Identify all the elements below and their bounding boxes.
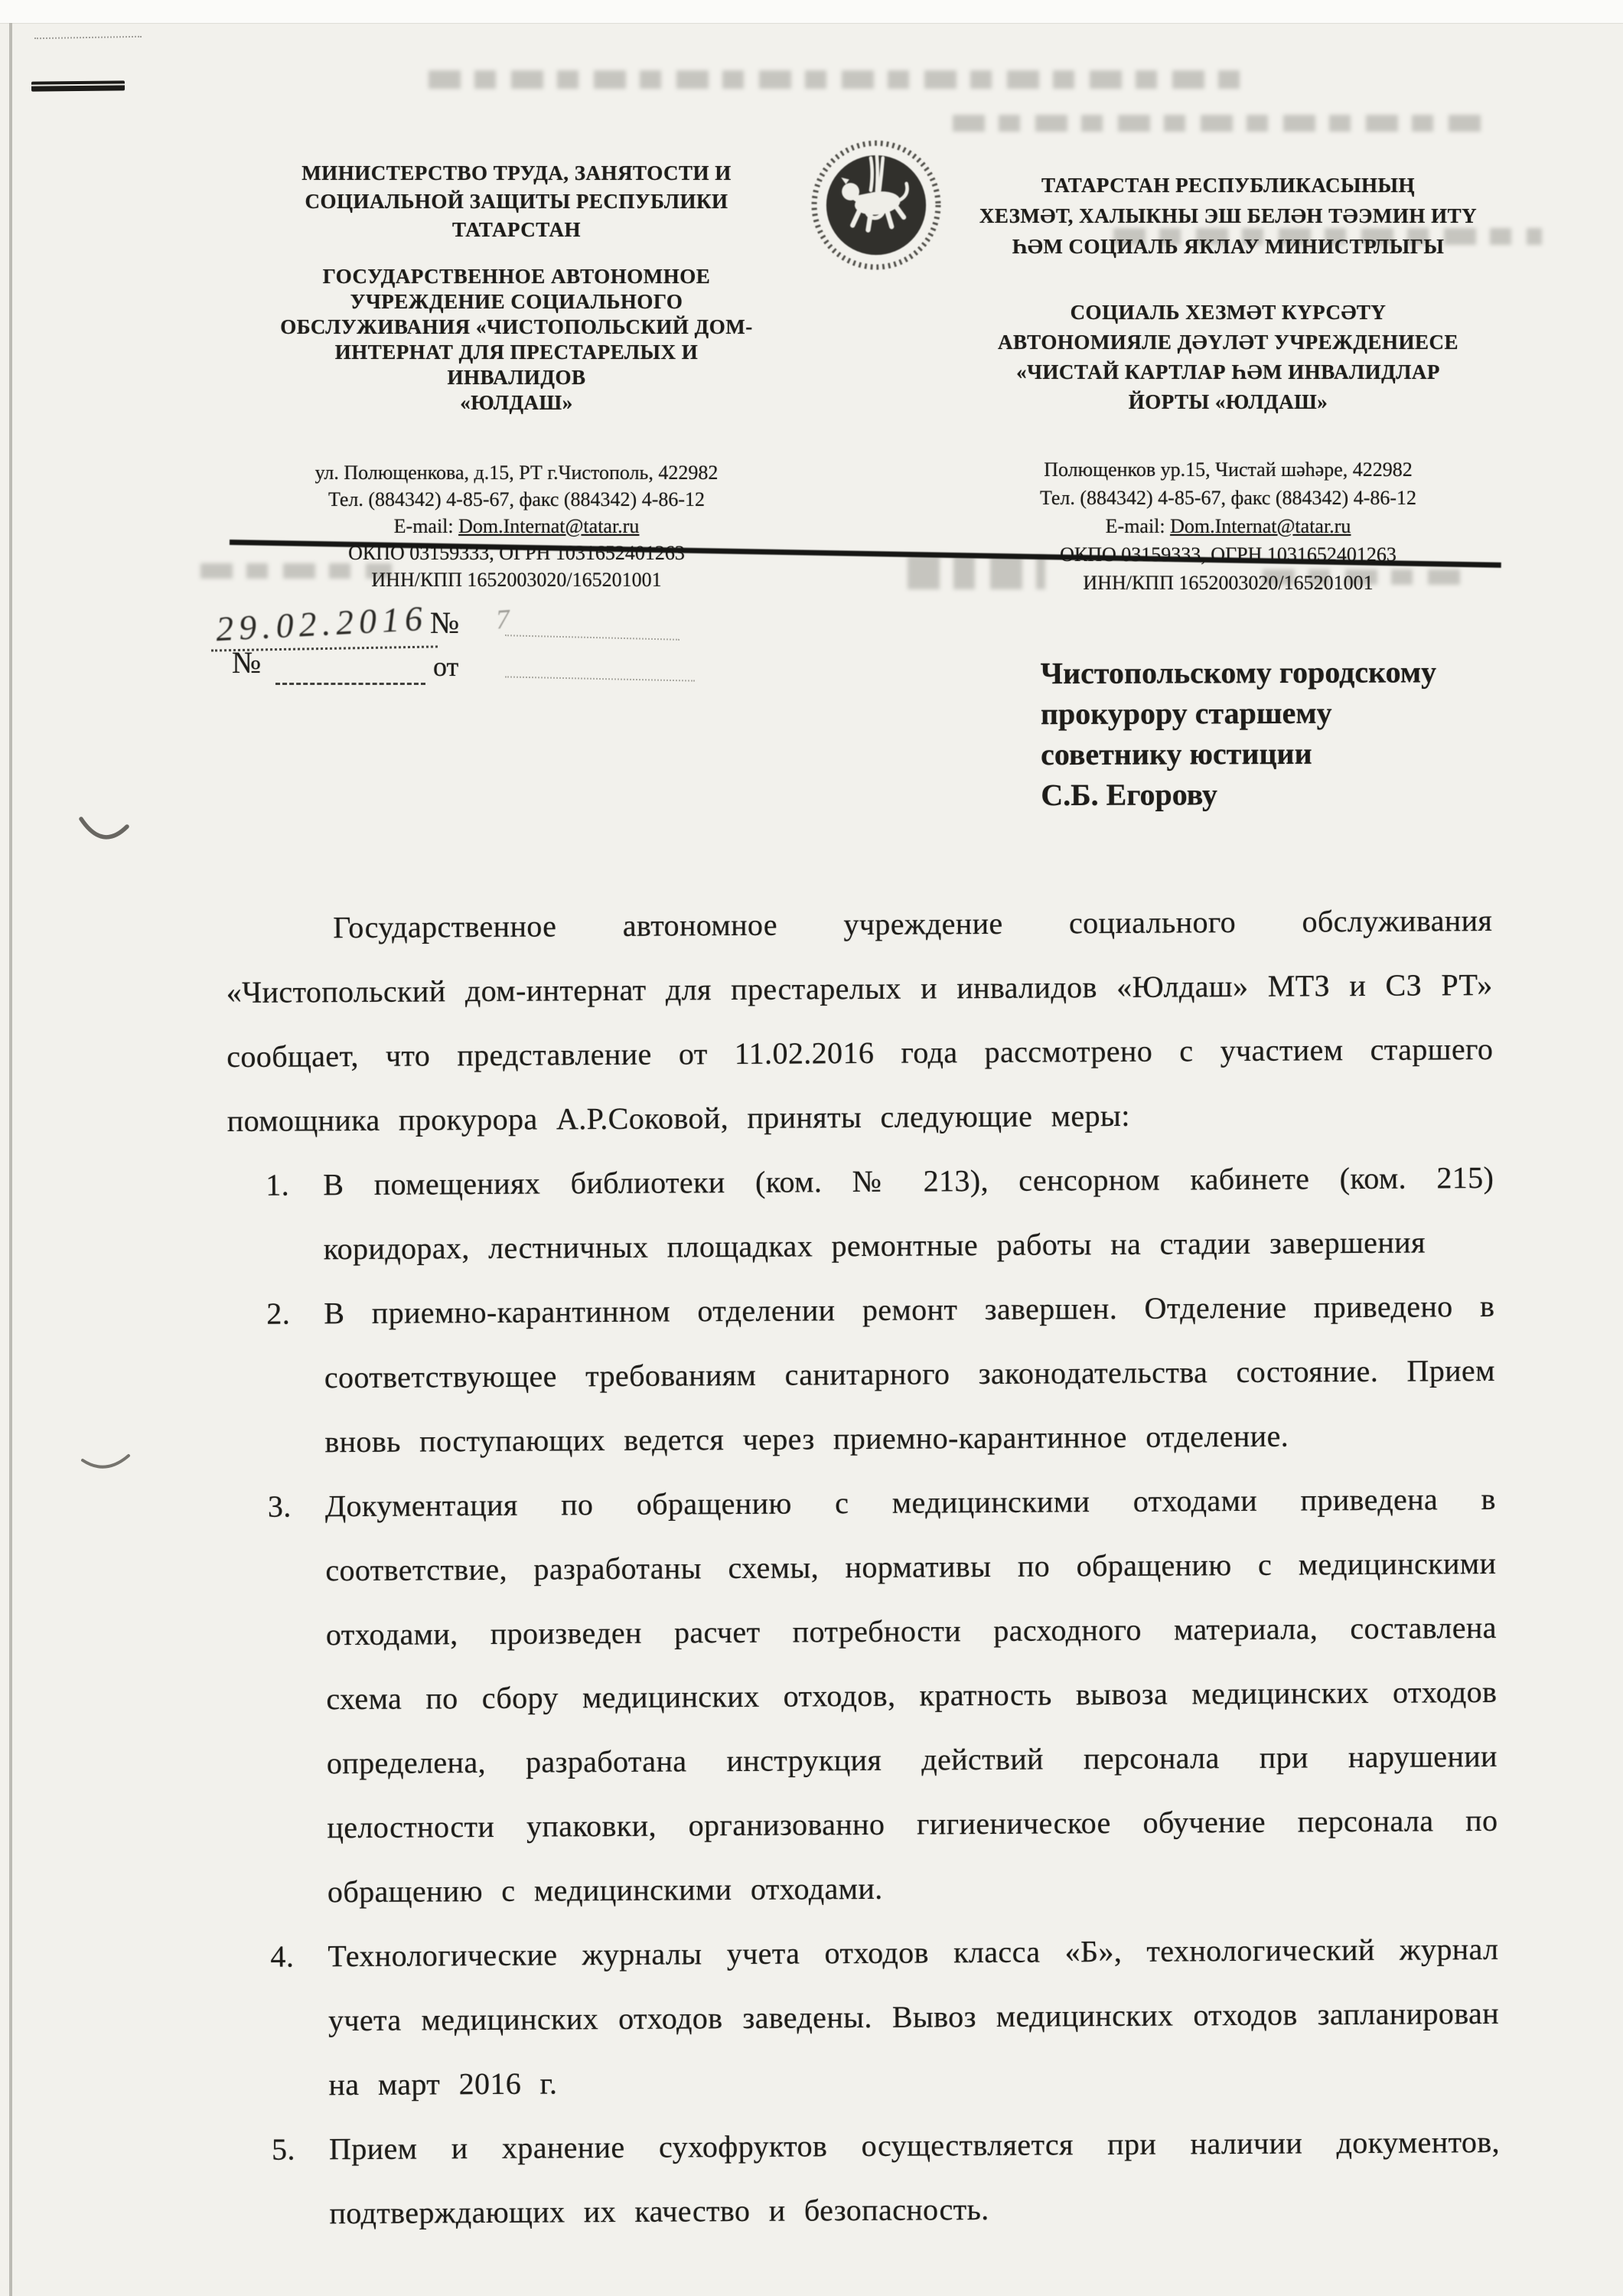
street-line: Полющенков ур.15, Чистай шәһәре, 422982 (976, 455, 1481, 484)
bleed-through-smudge (429, 70, 1240, 89)
letterhead-right-column: ТАТАРСТАН РЕСПУБЛИКАСЫНЫҢ ХЕЗМӘТ, ХАЛЫКН… (976, 170, 1481, 597)
addressee-line: прокурору старшему (1041, 692, 1515, 734)
email-line: E-mail: Dom.Internat@tatar.ru (264, 513, 769, 540)
number-underline (275, 683, 425, 685)
handwritten-date: 29.02.2016 (215, 598, 429, 649)
organization-tt-line: ЙОРТЫ «ЮЛДАШ» (976, 387, 1481, 417)
ink-bar-artifact (31, 80, 125, 91)
ministry-tt-line: ҺӘМ СОЦИАЛЬ ЯКЛАУ МИНИСТРЛЫГЫ (976, 231, 1481, 262)
organization-tt-line: «ЧИСТАЙ КАРТЛАР ҺӘМ ИНВАЛИДЛАР (976, 357, 1481, 387)
pen-scribble-artifact (34, 36, 142, 39)
list-item-number: 1. (266, 1153, 289, 1218)
addressee-line: советнику юстиции (1041, 732, 1515, 775)
phone-line: Тел. (884342) 4-85-67, факс (884342) 4-8… (976, 484, 1481, 512)
crescent-pen-mark (77, 811, 135, 854)
ministry-name-tt: ТАТАРСТАН РЕСПУБЛИКАСЫНЫҢ ХЕЗМӘТ, ХАЛЫКН… (976, 170, 1481, 262)
ministry-tt-line: ТАТАРСТАН РЕСПУБЛИКАСЫНЫҢ (976, 170, 1481, 201)
scan-left-edge-shadow (9, 23, 12, 2296)
addressee-block: Чистопольскому городскому прокурору стар… (1041, 651, 1516, 815)
from-line (505, 676, 695, 681)
letterhead-left-column: МИНИСТЕРСТВО ТРУДА, ЗАНЯТОСТИ И СОЦИАЛЬН… (264, 159, 769, 593)
opening-paragraph: Государственное автономное учреждение со… (226, 889, 1494, 1153)
list-item-text: Прием и хранение сухофруктов осуществляе… (329, 2125, 1500, 2230)
number-sign: № (430, 605, 459, 641)
email-address: Dom.Internat@tatar.ru (1170, 515, 1351, 537)
ministry-ru-line: ТАТАРСТАН (264, 216, 769, 244)
list-item-text: Документация по обращению с медицинскими… (325, 1482, 1498, 1909)
organization-ru-line: ИНТЕРНАТ ДЛЯ ПРЕСТАРЕЛЫХ И ИНВАЛИДОВ (264, 340, 769, 390)
scanned-letter-page: МИНИСТЕРСТВО ТРУДА, ЗАНЯТОСТИ И СОЦИАЛЬН… (0, 0, 1623, 2296)
ministry-name-ru: МИНИСТЕРСТВО ТРУДА, ЗАНЯТОСТИ И СОЦИАЛЬН… (264, 159, 769, 244)
bleed-through-smudge (953, 115, 1488, 132)
email-label: E-mail: (1106, 515, 1165, 537)
ministry-tt-line: ХЕЗМӘТ, ХАЛЫКНЫ ЭШ БЕЛӘН ТӘЭМИН ИТҮ (976, 201, 1481, 231)
handwritten-number: 7 (495, 602, 511, 635)
address-block-tt: Полющенков ур.15, Чистай шәһәре, 422982 … (976, 455, 1481, 597)
organization-tt-line: СОЦИАЛЬ ХЕЗМӘТ КҮРСӘТҮ (976, 298, 1481, 328)
organization-name-ru: ГОСУДАРСТВЕННОЕ АВТОНОМНОЕ УЧРЕЖДЕНИЕ СО… (264, 264, 769, 416)
organization-ru-line: УЧРЕЖДЕНИЕ СОЦИАЛЬНОГО (264, 289, 769, 315)
ministry-ru-line: МИНИСТЕРСТВО ТРУДА, ЗАНЯТОСТИ И (264, 159, 769, 188)
inn-kpp-line: ИНН/КПП 1652003020/165201001 (264, 566, 769, 593)
street-line: ул. Полющенкова, д.15, РТ г.Чистополь, 4… (264, 459, 769, 486)
list-item-text: В приемно-карантинном отделении ремонт з… (324, 1289, 1495, 1459)
organization-tt-line: АВТОНОМИЯЛЕ ДӘҮЛӘТ УЧРЕЖДЕНИЕСЕ (976, 328, 1481, 357)
list-item-text: В помещениях библиотеки (ком. № 213), се… (323, 1160, 1494, 1266)
email-label: E-mail: (394, 515, 454, 537)
crescent-pen-mark (75, 1445, 136, 1483)
address-block-ru: ул. Полющенкова, д.15, РТ г.Чистополь, 4… (264, 459, 769, 593)
ministry-ru-line: СОЦИАЛЬНОЙ ЗАЩИТЫ РЕСПУБЛИКИ (264, 188, 769, 216)
from-label: от (433, 651, 458, 683)
letter-body: Государственное автономное учреждение со… (226, 889, 1501, 2246)
addressee-line: Чистопольскому городскому (1041, 651, 1515, 693)
list-item: 4. Технологические журналы учета отходов… (232, 1917, 1500, 2118)
email-line: E-mail: Dom.Internat@tatar.ru (976, 512, 1481, 540)
email-address: Dom.Internat@tatar.ru (458, 515, 639, 537)
list-item: 2. В приемно-карантинном отделении ремон… (228, 1274, 1496, 1475)
phone-line: Тел. (884342) 4-85-67, факс (884342) 4-8… (264, 486, 769, 513)
organization-name-tt: СОЦИАЛЬ ХЕЗМӘТ КҮРСӘТҮ АВТОНОМИЯЛЕ ДӘҮЛӘ… (976, 298, 1481, 417)
list-item-number: 5. (272, 2118, 295, 2182)
list-item: 1. В помещениях библиотеки (ком. № 213),… (227, 1146, 1494, 1282)
organization-ru-line: ГОСУДАРСТВЕННОЕ АВТОНОМНОЕ (264, 264, 769, 289)
list-item: 3. Документация по обращению с медицинск… (230, 1467, 1499, 1925)
list-item-number: 3. (268, 1475, 292, 1539)
list-item-text: Технологические журналы учета отходов кл… (328, 1932, 1499, 2102)
organization-ru-line: «ЮЛДАШ» (264, 390, 769, 416)
measures-list: 1. В помещениях библиотеки (ком. № 213),… (227, 1146, 1501, 2246)
inn-kpp-line: ИНН/КПП 1652003020/165201001 (976, 569, 1481, 597)
list-item-number: 4. (270, 1925, 294, 1989)
scan-top-edge (0, 0, 1623, 24)
number-line (505, 634, 680, 641)
number-sign: № (232, 644, 261, 680)
list-item-number: 2. (266, 1282, 290, 1346)
addressee-line: С.Б. Егорову (1041, 773, 1515, 815)
tatarstan-emblem-stamp (809, 138, 943, 272)
list-item: 5. Прием и хранение сухофруктов осуществ… (233, 2110, 1501, 2246)
organization-ru-line: ОБСЛУЖИВАНИЯ «ЧИСТОПОЛЬСКИЙ ДОМ- (264, 315, 769, 340)
